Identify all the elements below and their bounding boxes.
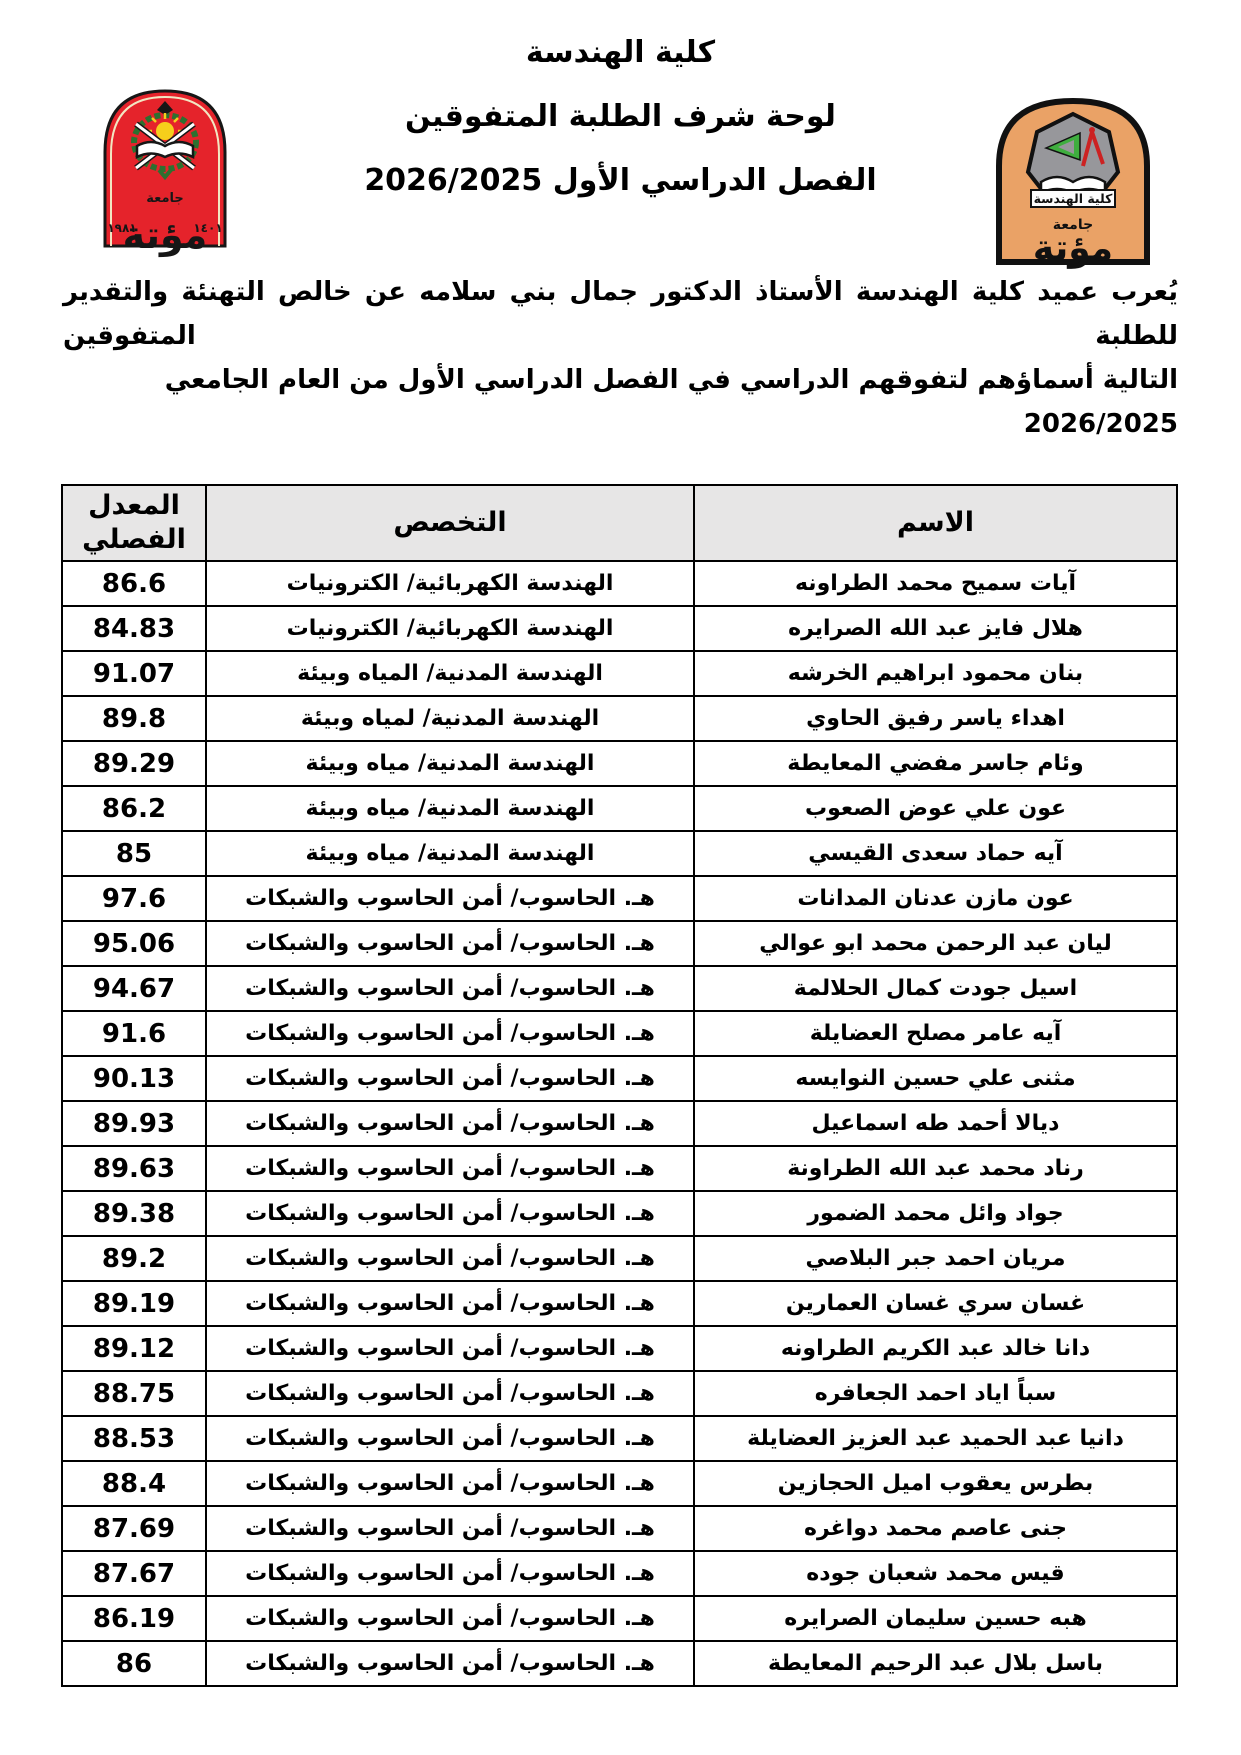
table-row: دانيا عبد الحميد عبد العزيز العضايلةهـ. … (62, 1416, 1177, 1461)
faculty-title: كلية الهندسة (0, 38, 1241, 68)
document-page: جامعة ١٩٨١ ١٤٠١ مؤتة كلية الهندسة جامعة (0, 0, 1241, 1755)
cell-gpa: 88.75 (62, 1371, 206, 1416)
cell-major: الهندسة الكهربائية/ الكترونيات (206, 561, 694, 606)
cell-major: هـ. الحاسوب/ أمن الحاسوب والشبكات (206, 921, 694, 966)
intro-line-1: يُعرب عميد كلية الهندسة الأستاذ الدكتور … (63, 270, 1178, 358)
cell-gpa: 86.2 (62, 786, 206, 831)
cell-name: جنى عاصم محمد دواغره (694, 1506, 1177, 1551)
table-row: جنى عاصم محمد دواغرههـ. الحاسوب/ أمن الح… (62, 1506, 1177, 1551)
table-row: غسان سري غسان العمارينهـ. الحاسوب/ أمن ا… (62, 1281, 1177, 1326)
cell-name: باسل بلال عبد الرحيم المعايطة (694, 1641, 1177, 1686)
table-row: دانا خالد عبد الكريم الطراونههـ. الحاسوب… (62, 1326, 1177, 1371)
table-row: ديالا أحمد طه اسماعيلهـ. الحاسوب/ أمن ال… (62, 1101, 1177, 1146)
cell-name: جواد وائل محمد الضمور (694, 1191, 1177, 1236)
table-row: آيه عامر مصلح العضايلةهـ. الحاسوب/ أمن ا… (62, 1011, 1177, 1056)
table-row: عون مازن عدنان المداناتهـ. الحاسوب/ أمن … (62, 876, 1177, 921)
cell-major: هـ. الحاسوب/ أمن الحاسوب والشبكات (206, 1371, 694, 1416)
cell-gpa: 89.93 (62, 1101, 206, 1146)
table-row: وئام جاسر مفضي المعايطةالهندسة المدنية/ … (62, 741, 1177, 786)
cell-name: اسيل جودت كمال الحلالمة (694, 966, 1177, 1011)
cell-major: هـ. الحاسوب/ أمن الحاسوب والشبكات (206, 1056, 694, 1101)
cell-name: بنان محمود ابراهيم الخرشه (694, 651, 1177, 696)
cell-gpa: 84.83 (62, 606, 206, 651)
cell-major: هـ. الحاسوب/ أمن الحاسوب والشبكات (206, 1236, 694, 1281)
cell-name: دانا خالد عبد الكريم الطراونه (694, 1326, 1177, 1371)
table-row: باسل بلال عبد الرحيم المعايطةهـ. الحاسوب… (62, 1641, 1177, 1686)
cell-gpa: 90.13 (62, 1056, 206, 1101)
cell-major: هـ. الحاسوب/ أمن الحاسوب والشبكات (206, 966, 694, 1011)
cell-gpa: 86 (62, 1641, 206, 1686)
cell-major: هـ. الحاسوب/ أمن الحاسوب والشبكات (206, 1146, 694, 1191)
cell-gpa: 89.19 (62, 1281, 206, 1326)
cell-gpa: 97.6 (62, 876, 206, 921)
cell-major: الهندسة الكهربائية/ الكترونيات (206, 606, 694, 651)
cell-name: هلال فايز عبد الله الصرايره (694, 606, 1177, 651)
cell-name: ليان عبد الرحمن محمد ابو عوالي (694, 921, 1177, 966)
cell-major: الهندسة المدنية/ مياه وبيئة (206, 786, 694, 831)
dean-congratulations-paragraph: يُعرب عميد كلية الهندسة الأستاذ الدكتور … (63, 270, 1178, 446)
table-row: آيه حماد سعدى القيسيالهندسة المدنية/ ميا… (62, 831, 1177, 876)
cell-name: غسان سري غسان العمارين (694, 1281, 1177, 1326)
faculty-banner-label: كلية الهندسة (1034, 191, 1114, 206)
table-row: آيات سميح محمد الطراونهالهندسة الكهربائي… (62, 561, 1177, 606)
cell-major: هـ. الحاسوب/ أمن الحاسوب والشبكات (206, 1326, 694, 1371)
header-name: الاسم (694, 485, 1177, 561)
cell-name: آيه حماد سعدى القيسي (694, 831, 1177, 876)
cell-name: مريان احمد جبر البلاصي (694, 1236, 1177, 1281)
cell-gpa: 89.12 (62, 1326, 206, 1371)
cell-name: قيس محمد شعبان جوده (694, 1551, 1177, 1596)
table-row: هلال فايز عبد الله الصرايرهالهندسة الكهر… (62, 606, 1177, 651)
cell-gpa: 91.07 (62, 651, 206, 696)
cell-gpa: 94.67 (62, 966, 206, 1011)
cell-gpa: 86.6 (62, 561, 206, 606)
table-header-row: الاسم التخصص المعدل الفصلي (62, 485, 1177, 561)
honor-students-table: الاسم التخصص المعدل الفصلي آيات سميح محم… (61, 484, 1178, 1687)
table-row: هبه حسين سليمان الصرايرههـ. الحاسوب/ أمن… (62, 1596, 1177, 1641)
cell-major: هـ. الحاسوب/ أمن الحاسوب والشبكات (206, 1416, 694, 1461)
table-row: جواد وائل محمد الضمورهـ. الحاسوب/ أمن ال… (62, 1191, 1177, 1236)
cell-gpa: 91.6 (62, 1011, 206, 1056)
cell-major: هـ. الحاسوب/ أمن الحاسوب والشبكات (206, 1506, 694, 1551)
cell-major: هـ. الحاسوب/ أمن الحاسوب والشبكات (206, 1596, 694, 1641)
cell-major: الهندسة المدنية/ مياه وبيئة (206, 831, 694, 876)
cell-major: هـ. الحاسوب/ أمن الحاسوب والشبكات (206, 876, 694, 921)
cell-gpa: 85 (62, 831, 206, 876)
table-row: اسيل جودت كمال الحلالمةهـ. الحاسوب/ أمن … (62, 966, 1177, 1011)
table-row: رناد محمد عبد الله الطراونةهـ. الحاسوب/ … (62, 1146, 1177, 1191)
cell-major: هـ. الحاسوب/ أمن الحاسوب والشبكات (206, 1551, 694, 1596)
university-word-label: جامعة (146, 191, 184, 206)
table-row: سباً اياد احمد الجعافرههـ. الحاسوب/ أمن … (62, 1371, 1177, 1416)
cell-name: آيه عامر مصلح العضايلة (694, 1011, 1177, 1056)
cell-major: الهندسة المدنية/ مياه وبيئة (206, 741, 694, 786)
cell-gpa: 88.53 (62, 1416, 206, 1461)
table-row: اهداء ياسر رفيق الحاويالهندسة المدنية/ ل… (62, 696, 1177, 741)
cell-name: عون علي عوض الصعوب (694, 786, 1177, 831)
header-gpa: المعدل الفصلي (62, 485, 206, 561)
intro-line-2: التالية أسماؤهم لتفوقهم الدراسي في الفصل… (63, 358, 1178, 446)
table-row: قيس محمد شعبان جودههـ. الحاسوب/ أمن الحا… (62, 1551, 1177, 1596)
table-row: مثنى علي حسين النوايسههـ. الحاسوب/ أمن ا… (62, 1056, 1177, 1101)
table-row: عون علي عوض الصعوبالهندسة المدنية/ مياه … (62, 786, 1177, 831)
mutah-university-logo-icon: جامعة ١٩٨١ ١٤٠١ مؤتة (96, 80, 234, 258)
university-calligraphy-label: مؤتة (123, 213, 208, 257)
table-row: بطرس يعقوب اميل الحجازينهـ. الحاسوب/ أمن… (62, 1461, 1177, 1506)
cell-gpa: 87.67 (62, 1551, 206, 1596)
cell-major: هـ. الحاسوب/ أمن الحاسوب والشبكات (206, 1011, 694, 1056)
cell-gpa: 89.8 (62, 696, 206, 741)
cell-name: بطرس يعقوب اميل الحجازين (694, 1461, 1177, 1506)
cell-gpa: 89.29 (62, 741, 206, 786)
cell-gpa: 87.69 (62, 1506, 206, 1551)
cell-name: مثنى علي حسين النوايسه (694, 1056, 1177, 1101)
cell-name: اهداء ياسر رفيق الحاوي (694, 696, 1177, 741)
cell-name: دانيا عبد الحميد عبد العزيز العضايلة (694, 1416, 1177, 1461)
cell-gpa: 89.2 (62, 1236, 206, 1281)
faculty-calligraphy-label: مؤتة (1033, 228, 1113, 269)
cell-name: عون مازن عدنان المدانات (694, 876, 1177, 921)
cell-major: الهندسة المدنية/ المياه وبيئة (206, 651, 694, 696)
cell-major: هـ. الحاسوب/ أمن الحاسوب والشبكات (206, 1101, 694, 1146)
cell-name: ديالا أحمد طه اسماعيل (694, 1101, 1177, 1146)
cell-gpa: 89.38 (62, 1191, 206, 1236)
sun-icon (156, 122, 174, 140)
engineering-faculty-logo-icon: كلية الهندسة جامعة مؤتة (986, 86, 1160, 270)
table-row: بنان محمود ابراهيم الخرشهالهندسة المدنية… (62, 651, 1177, 696)
cell-name: سباً اياد احمد الجعافره (694, 1371, 1177, 1416)
cell-major: هـ. الحاسوب/ أمن الحاسوب والشبكات (206, 1641, 694, 1686)
cell-gpa: 88.4 (62, 1461, 206, 1506)
cell-gpa: 86.19 (62, 1596, 206, 1641)
students-tbody: آيات سميح محمد الطراونهالهندسة الكهربائي… (62, 561, 1177, 1686)
cell-major: هـ. الحاسوب/ أمن الحاسوب والشبكات (206, 1281, 694, 1326)
cell-name: وئام جاسر مفضي المعايطة (694, 741, 1177, 786)
cell-major: هـ. الحاسوب/ أمن الحاسوب والشبكات (206, 1461, 694, 1506)
cell-gpa: 89.63 (62, 1146, 206, 1191)
cell-name: هبه حسين سليمان الصرايره (694, 1596, 1177, 1641)
cell-name: رناد محمد عبد الله الطراونة (694, 1146, 1177, 1191)
cell-name: آيات سميح محمد الطراونه (694, 561, 1177, 606)
header-major: التخصص (206, 485, 694, 561)
table-row: ليان عبد الرحمن محمد ابو عواليهـ. الحاسو… (62, 921, 1177, 966)
cell-major: الهندسة المدنية/ لمياه وبيئة (206, 696, 694, 741)
cell-gpa: 95.06 (62, 921, 206, 966)
cell-major: هـ. الحاسوب/ أمن الحاسوب والشبكات (206, 1191, 694, 1236)
table-row: مريان احمد جبر البلاصيهـ. الحاسوب/ أمن ا… (62, 1236, 1177, 1281)
